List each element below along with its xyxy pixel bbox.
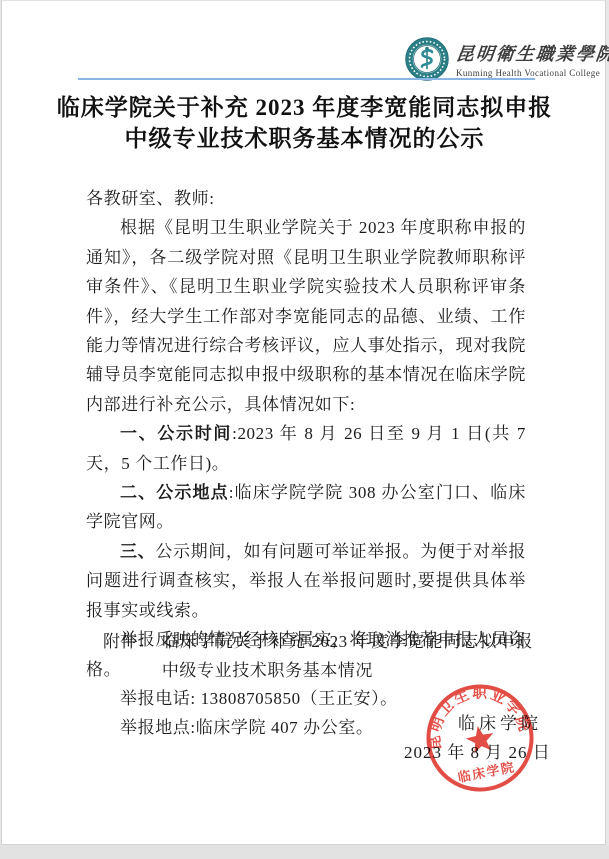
attachment-label: 附件： bbox=[103, 627, 156, 686]
paragraph-basis: 根据《昆明卫生职业学院关于 2023 年度职称申报的通知》，各二级学院对照《昆明… bbox=[86, 213, 526, 419]
college-logo: 昆明衛生職業學院 Kunming Health Vocational Colle… bbox=[405, 37, 609, 81]
item-1-label: 一、公示时间 bbox=[120, 424, 232, 443]
signature-unit: 临床学院 bbox=[458, 709, 542, 734]
paragraph-item-2: 二、公示地点:临床学院学院 308 办公室门口、临床学院官网。 bbox=[86, 478, 526, 537]
paragraph-item-3: 三、公示期间，如有问题可举证举报。为便于对举报问题进行调查核实，举报人在举报问题… bbox=[86, 537, 526, 625]
attachment-text: 临床学院关于补充 2023 年度李宽能同志拟申报中级专业技术职务基本情况 bbox=[162, 627, 533, 686]
signature-date: 2023 年 8 月 26 日 bbox=[404, 738, 551, 763]
paragraph-item-1: 一、公示时间:2023 年 8 月 26 日至 9 月 1 日(共 7 天，5 … bbox=[86, 419, 526, 478]
paragraph-text: 举报地点:临床学院 407 办公室。 bbox=[120, 718, 374, 737]
page-bottom-shadow bbox=[0, 845, 609, 859]
document-title: 临床学院关于补充 2023 年度李宽能同志拟申报中级专业技术职务基本情况的公示 bbox=[52, 92, 557, 154]
header-divider-line bbox=[78, 78, 535, 80]
document-page: 昆明衛生職業學院 Kunming Health Vocational Colle… bbox=[1, 0, 606, 845]
item-2-label: 二、公示地点 bbox=[120, 483, 229, 502]
paragraph-text: 举报电话: 13808705850（王正安）。 bbox=[120, 689, 398, 708]
item-3-label: 三、 bbox=[120, 542, 155, 561]
paragraph-text: 根据《昆明卫生职业学院关于 2023 年度职称申报的通知》，各二级学院对照《昆明… bbox=[86, 218, 526, 413]
college-name-en: Kunming Health Vocational College bbox=[456, 68, 609, 78]
attachment-line: 附件： 临床学院关于补充 2023 年度李宽能同志拟申报中级专业技术职务基本情况 bbox=[103, 627, 533, 686]
salutation: 各教研室、教师: bbox=[86, 184, 526, 213]
seal-bottom-text: 临床学院 bbox=[457, 759, 517, 785]
college-name-zh: 昆明衛生職業學院 bbox=[455, 40, 609, 66]
college-emblem-icon bbox=[405, 37, 449, 81]
